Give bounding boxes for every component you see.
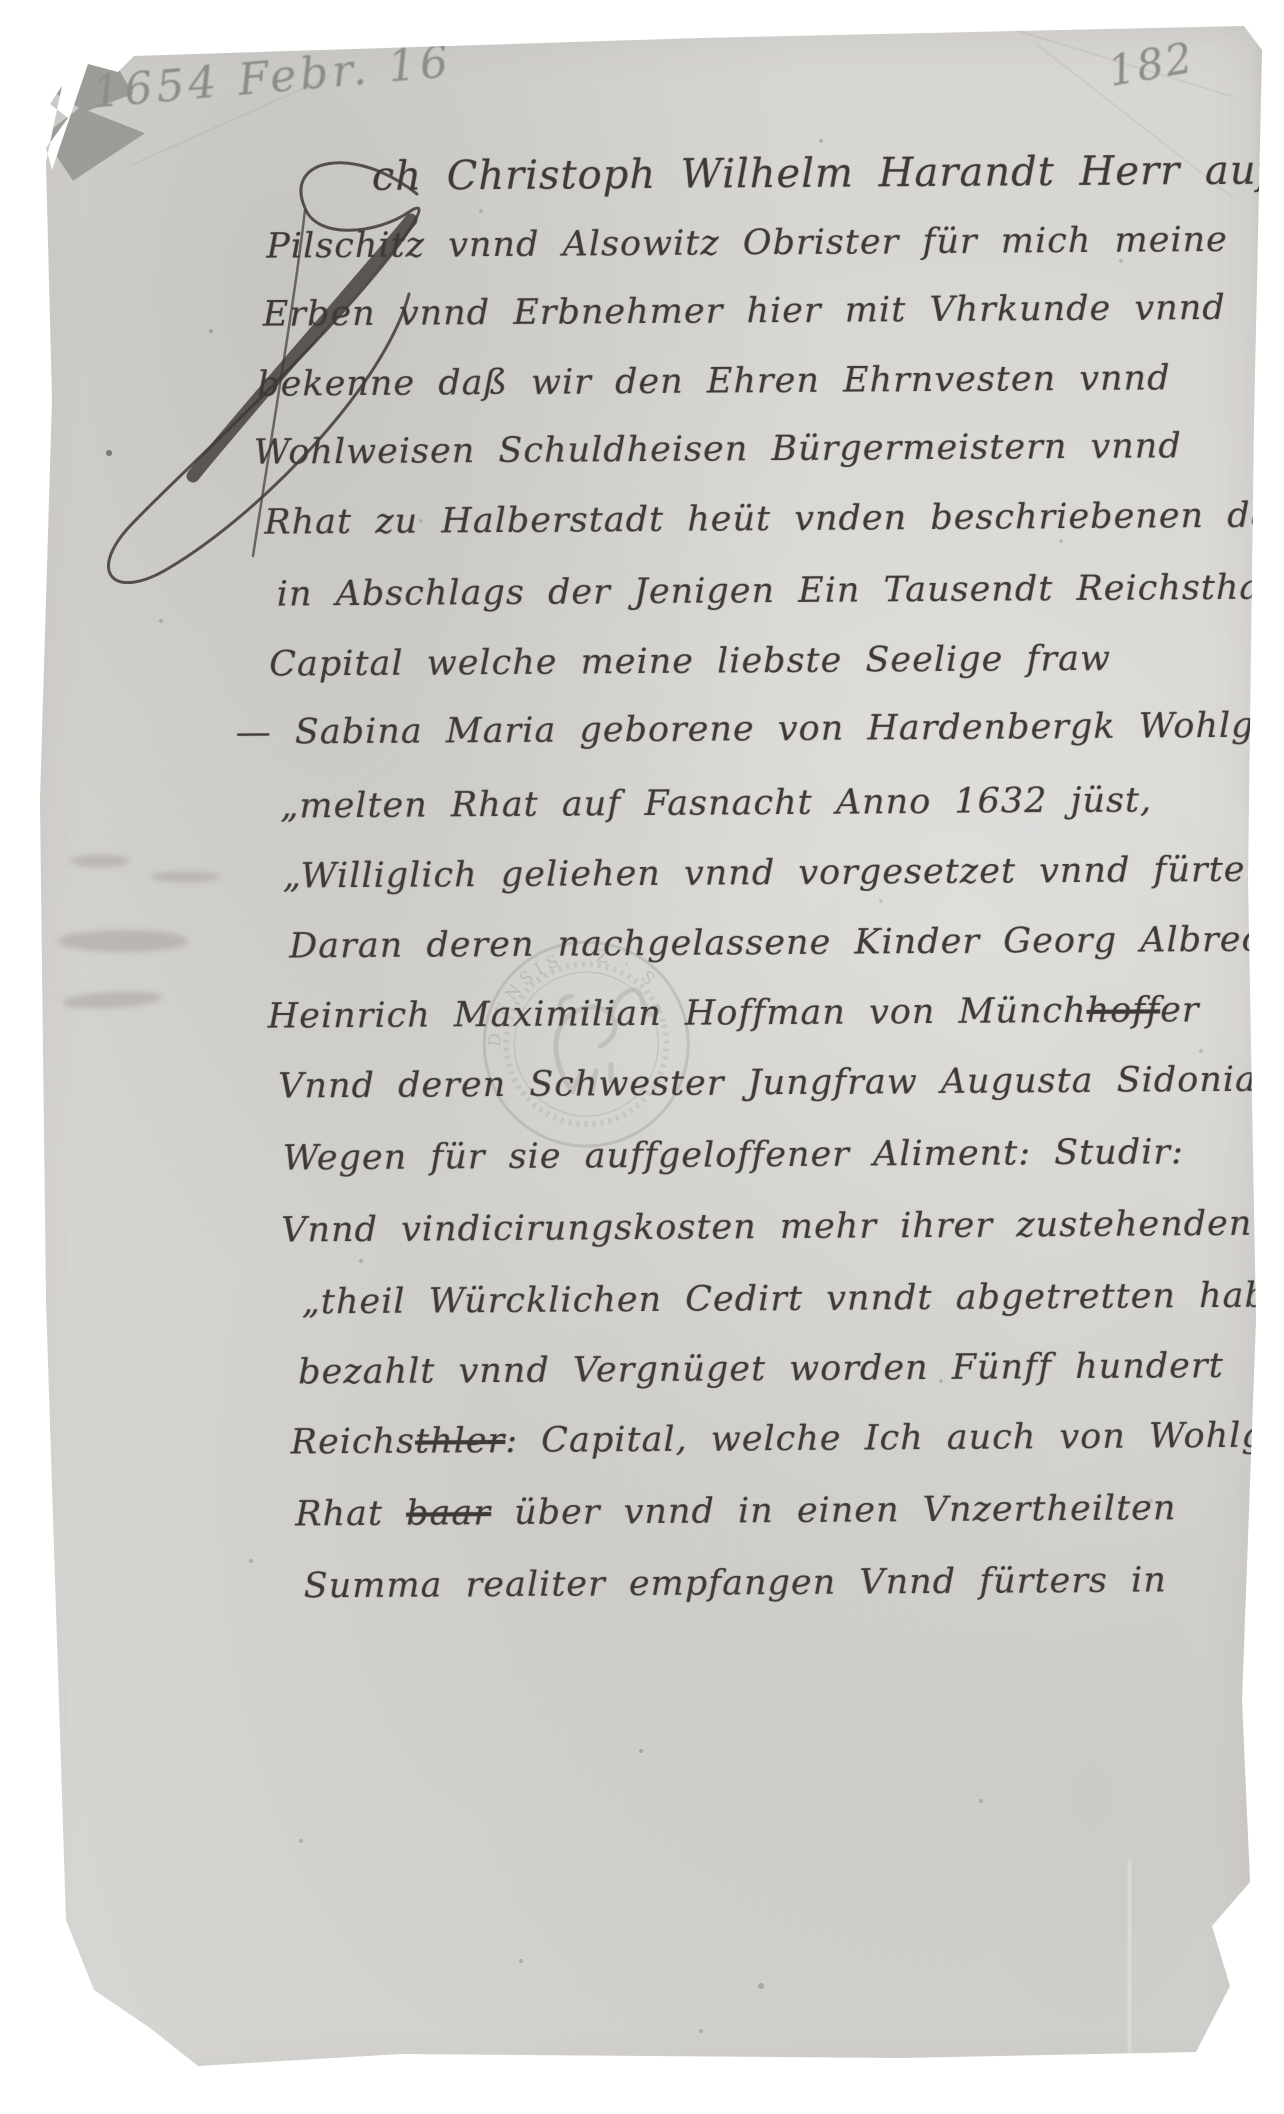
- manuscript-line: Vnnd deren Schwester Jungfraw Augusta Si…: [278, 1060, 1257, 1107]
- manuscript-line: Reichsthler: Capital, welche Ich auch vo…: [291, 1415, 1284, 1463]
- manuscript-line: bekenne daß wir den Ehren Ehrnvesten vnn…: [257, 358, 1171, 404]
- struck-word: baar: [406, 1493, 491, 1534]
- line-text: Heinrich Maximilian Hoffman von Münch: [268, 991, 1087, 1037]
- manuscript-line: Daran deren nachgelassene Kinder Georg A…: [289, 919, 1284, 966]
- manuscript-line: — Sabina Maria geborene von Hardenbergk …: [236, 705, 1284, 752]
- manuscript-line: ch Christoph Wilhelm Harandt Herr aufft: [372, 147, 1284, 200]
- manuscript-body: ch Christoph Wilhelm Harandt Herr aufft …: [0, 0, 1284, 2114]
- line-text: über vnnd in einen Vnzertheilten: [491, 1488, 1177, 1533]
- manuscript-line: Summa realiter empfangen Vnnd fürters in: [304, 1560, 1167, 1606]
- scanned-document: 1654 Febr. 16 182 DIENSIS · Z · S ch Chr…: [0, 0, 1284, 2114]
- line-text: Rhat: [295, 1494, 406, 1535]
- line-text: Reichs: [291, 1422, 416, 1463]
- struck-word: hoff: [1086, 990, 1160, 1031]
- manuscript-line: Erben vnnd Erbnehmer hier mit Vhrkunde v…: [263, 288, 1226, 335]
- manuscript-line: Capital welche meine liebste Seelige fra…: [269, 639, 1111, 685]
- manuscript-line: Wohlweisen Schuldheisen Bürgermeistern v…: [254, 426, 1182, 472]
- manuscript-line: Heinrich Maximilian Hoffman von Münchhof…: [268, 990, 1200, 1037]
- manuscript-line: Rhat zu Halberstadt heüt vnden beschrieb…: [264, 495, 1284, 542]
- struck-word: thler: [415, 1421, 506, 1462]
- paper-speckles: [0, 0, 2, 2]
- paper-sheet: 1654 Febr. 16 182 DIENSIS · Z · S ch Chr…: [0, 0, 1284, 2114]
- manuscript-line: in Abschlags der Jenigen Ein Tausendt Re…: [277, 567, 1284, 614]
- manuscript-line: Pilschitz vnnd Alsowitz Obrister für mic…: [266, 220, 1228, 267]
- manuscript-line: „melten Rhat auf Fasnacht Anno 1632 jüst…: [280, 780, 1152, 826]
- manuscript-line: Vnnd vindicirungskosten mehr ihrer zuste…: [281, 1203, 1284, 1250]
- manuscript-line: bezahlt vnnd Vergnüget worden Fünff hund…: [298, 1346, 1224, 1392]
- manuscript-line: Wegen für sie auffgeloffener Aliment: St…: [283, 1132, 1184, 1178]
- manuscript-line: „Williglich geliehen vnnd vorgesetzet vn…: [283, 850, 1283, 897]
- manuscript-line: „theil Würcklichen Cedirt vnndt abgetret…: [302, 1275, 1284, 1322]
- line-text: er: [1160, 990, 1200, 1030]
- line-text: : Capital, welche Ich auch von Wohlgemel…: [505, 1415, 1284, 1461]
- manuscript-line: Rhat baar über vnnd in einen Vnzertheilt…: [295, 1488, 1177, 1534]
